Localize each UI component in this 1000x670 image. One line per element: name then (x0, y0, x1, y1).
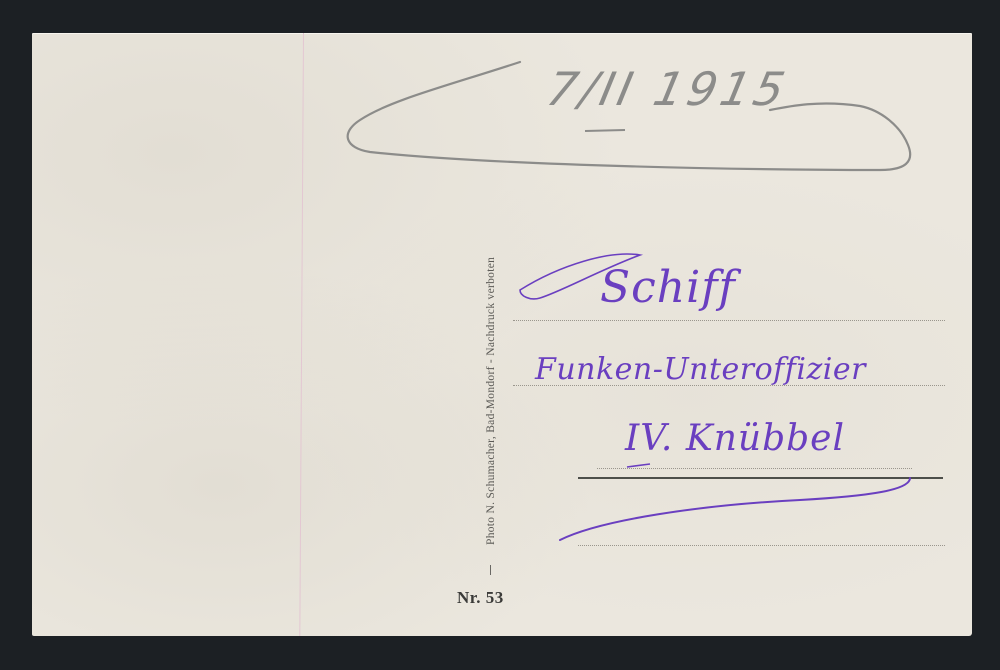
ink-underline-iv (627, 464, 650, 467)
pencil-underline (585, 130, 625, 131)
handwriting-strokes (0, 0, 1000, 670)
pencil-date: 7/II 1915 (542, 62, 793, 116)
address-rank: Funken-Unteroffizier (535, 352, 866, 387)
address-unit: IV. Knübbel (625, 418, 845, 459)
ink-swash-bottom (560, 478, 910, 540)
address-ship: Schiff (600, 262, 736, 313)
